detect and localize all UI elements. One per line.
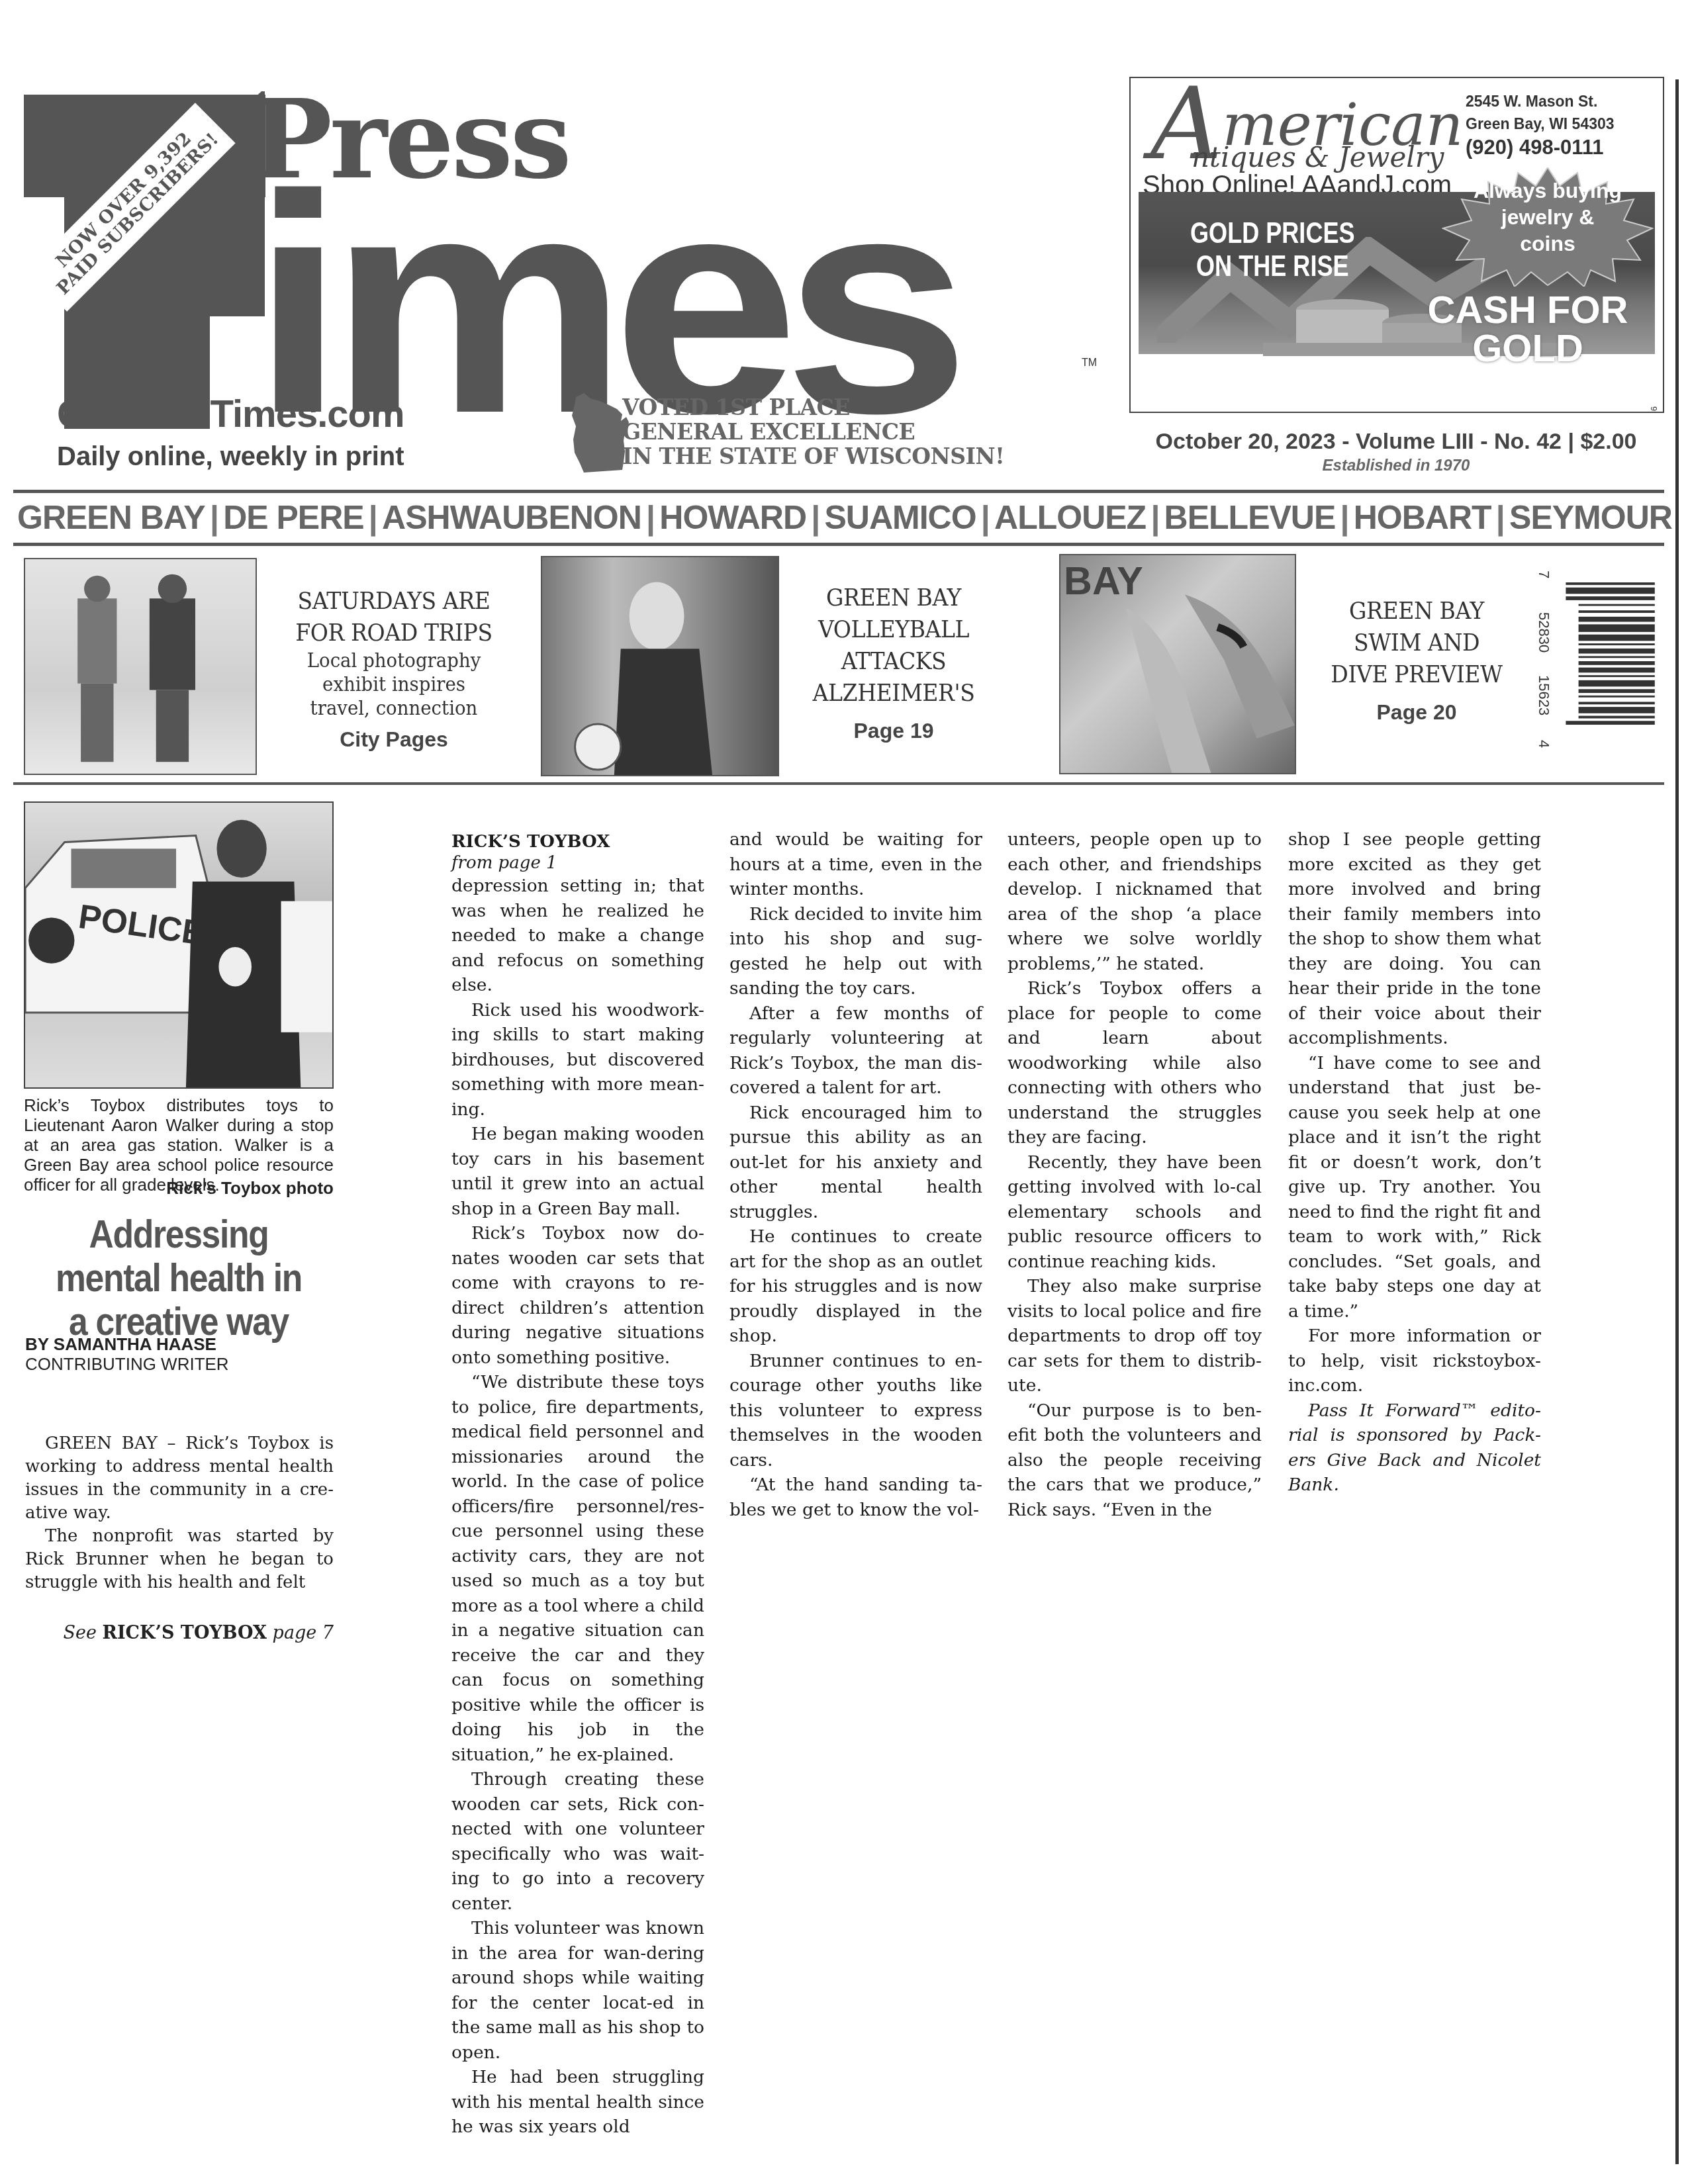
community-seymour[interactable]: SEYMOUR — [1509, 498, 1672, 537]
ad-address: 2545 W. Mason St. Green Bay, WI 54303 (9… — [1466, 90, 1644, 160]
article-photo-police-officer[interactable]: POLICE — [24, 801, 334, 1089]
paragraph: For more information or to help, visit r… — [1288, 1324, 1541, 1398]
paragraph: The nonprofit was started by Rick Brunne… — [25, 1525, 334, 1594]
article-headline: Addressing mental health in a creative w… — [46, 1212, 312, 1343]
teaser-headline-line: DIVE PREVIEW — [1319, 659, 1514, 691]
separator: | — [981, 498, 990, 537]
community-suamico[interactable]: SUAMICO — [825, 498, 976, 537]
teaser-headline-line: GREEN BAY — [802, 582, 985, 614]
website-link[interactable]: GoPressTimes.com — [57, 392, 404, 436]
teaser-headline-line: SATURDAYS ARE — [281, 586, 506, 617]
teaser-page-ref: City Pages — [271, 727, 516, 752]
paragraph: Recently, they have been getting involve… — [1008, 1150, 1262, 1275]
ad-code: 8146 — [1649, 406, 1659, 413]
headline-line: Addressing — [46, 1212, 312, 1256]
ad-cash-line2: GOLD — [1395, 330, 1660, 368]
separator: | — [1496, 498, 1505, 537]
separator: | — [369, 498, 377, 537]
community-nav: GREEN BAY| DE PERE| ASHWAUBENON| HOWARD|… — [17, 498, 1672, 537]
jump-slug: RICK’S TOYBOX — [102, 1623, 267, 1643]
teaser-swim-dive[interactable]: GREEN BAY SWIM AND DIVE PREVIEW Page 20 — [1311, 596, 1523, 725]
jump-line[interactable]: See RICK’S TOYBOX page 7 — [24, 1623, 334, 1643]
teaser-headline-line: ALZHEIMER'S — [802, 678, 985, 709]
separator: | — [1150, 498, 1159, 537]
paragraph: Rick’s Toybox offers a place for people … — [1008, 976, 1262, 1150]
award-line1: VOTED 1ST PLACE — [622, 395, 1004, 420]
byline: BY SAMANTHA HAASE CONTRIBUTING WRITER — [25, 1334, 229, 1374]
community-ashwaubenon[interactable]: ASHWAUBENON — [382, 498, 641, 537]
teaser-headline-line: ATTACKS — [802, 646, 985, 678]
ad-brand-subtitle: ntiques & Jewelry — [1192, 141, 1444, 173]
community-green-bay[interactable]: GREEN BAY — [17, 498, 205, 537]
ad-starburst-line2: jewelry & — [1465, 204, 1630, 230]
svg-text:BAY: BAY — [1064, 559, 1143, 603]
photographers-figures-icon — [25, 559, 256, 774]
separator: | — [210, 498, 218, 537]
teaser-headline: SATURDAYS ARE FOR ROAD TRIPS — [281, 586, 506, 649]
paragraph: This volunteer was known in the area for… — [451, 1916, 704, 2065]
byline-role: CONTRIBUTING WRITER — [25, 1354, 229, 1374]
sponsor-note: Pass It Forward™ edito-rial is sponsored… — [1288, 1398, 1541, 1498]
ad-cash-for-gold: CASH FOR GOLD — [1395, 291, 1660, 368]
barcode-digit: 4 — [1535, 740, 1552, 748]
ad-starburst-text: Always buying jewelry & coins — [1465, 177, 1630, 257]
photo-credit: Rick’s Toybox photo — [24, 1178, 334, 1199]
barcode-digit: 15623 — [1535, 675, 1552, 715]
teaser-volleyball[interactable]: GREEN BAY VOLLEYBALL ATTACKS ALZHEIMER'S… — [794, 582, 993, 743]
paragraph: shop I see people getting more excited a… — [1288, 827, 1541, 1051]
article-front-body: GREEN BAY – Rick’s Toybox is working to … — [25, 1432, 334, 1594]
ad-city: Green Bay, WI 54303 — [1466, 113, 1644, 135]
ad-headline-line2: ON THE RISE — [1190, 250, 1355, 283]
separator: | — [646, 498, 655, 537]
trademark-symbol: TM — [1082, 357, 1097, 369]
continuation-column-2: and would be waiting for hours at a time… — [729, 827, 982, 1522]
continuation-slug: RICK’S TOYBOX — [451, 831, 704, 852]
award-line3: IN THE STATE OF WISCONSIN! — [622, 444, 1004, 469]
paragraph: and would be waiting for hours at a time… — [729, 827, 982, 902]
separator: | — [1340, 498, 1349, 537]
teaser-photo-swim[interactable]: BAY — [1059, 554, 1296, 774]
ad-headline-line1: GOLD PRICES — [1190, 217, 1355, 250]
barcode-icon — [1551, 582, 1657, 741]
paragraph: depression setting in; that was when he … — [451, 874, 704, 998]
teaser-subhead: Local photography exhibit inspires trave… — [281, 649, 506, 721]
continuation-from: from page 1 — [451, 852, 704, 874]
paragraph: Rick used his woodwork-ing skills to sta… — [451, 998, 704, 1122]
community-de-pere[interactable]: DE PERE — [223, 498, 364, 537]
divider-rule-section — [13, 782, 1664, 785]
paragraph: “Our purpose is to ben-efit both the vol… — [1008, 1398, 1262, 1523]
paragraph: He had been struggling with his mental h… — [451, 2065, 704, 2140]
site-tagline: Daily online, weekly in print — [57, 442, 404, 472]
teaser-headline-line: GREEN BAY — [1319, 596, 1514, 627]
continuation-column-4: shop I see people getting more excited a… — [1288, 827, 1541, 1498]
separator: | — [811, 498, 820, 537]
divider-rule-bottom — [13, 543, 1664, 546]
community-bellevue[interactable]: BELLEVUE — [1164, 498, 1336, 537]
advertisement-american-antiques[interactable]: American ntiques & Jewelry Shop Online! … — [1129, 77, 1664, 413]
teaser-headline: GREEN BAY VOLLEYBALL ATTACKS ALZHEIMER'S — [802, 582, 985, 709]
teaser-headline-line: VOLLEYBALL — [802, 614, 985, 646]
teaser-page-ref: Page 20 — [1311, 700, 1523, 725]
paragraph: Brunner continues to en-courage other yo… — [729, 1349, 982, 1473]
barcode-digit: 7 — [1535, 570, 1552, 578]
paragraph: “We distribute these toys to police, fir… — [451, 1370, 704, 1767]
continuation-column-1: RICK’S TOYBOX from page 1 depression set… — [451, 831, 704, 2140]
award-line2: GENERAL EXCELLENCE — [622, 420, 1004, 444]
established-year: Established in 1970 — [1128, 457, 1664, 475]
headline-line: mental health in — [46, 1256, 312, 1300]
barcode-digit: 52830 — [1535, 612, 1552, 653]
police-car-officer-icon: POLICE — [25, 803, 332, 1087]
ad-gold-prices-headline: GOLD PRICES ON THE RISE — [1190, 217, 1355, 283]
teaser-subhead-line: travel, connection — [281, 697, 506, 721]
issue-date-volume-price: October 20, 2023 - Volume LIII - No. 42 … — [1128, 429, 1664, 455]
community-hobart[interactable]: HOBART — [1354, 498, 1491, 537]
teaser-road-trips[interactable]: SATURDAYS ARE FOR ROAD TRIPS Local photo… — [271, 586, 516, 752]
paragraph: After a few months of regularly voluntee… — [729, 1001, 982, 1101]
page-edge — [1675, 79, 1679, 2164]
jump-see: See — [63, 1623, 96, 1643]
jump-page: page 7 — [273, 1623, 334, 1643]
ad-starburst-line1: Always buying — [1465, 177, 1630, 204]
teaser-subhead-line: Local photography — [281, 649, 506, 673]
paragraph: Rick encouraged him to pursue this abili… — [729, 1101, 982, 1225]
paragraph: Rick decided to invite him into his shop… — [729, 902, 982, 1001]
paragraph: He continues to create art for the shop … — [729, 1224, 982, 1349]
paragraph: He began making wooden toy cars in his b… — [451, 1122, 704, 1221]
award-text: VOTED 1ST PLACE GENERAL EXCELLENCE IN TH… — [622, 395, 1004, 469]
paragraph: “At the hand sanding ta-bles we get to k… — [729, 1473, 982, 1522]
continuation-column-3: unteers, people open up to each other, a… — [1008, 827, 1262, 1522]
paragraph: unteers, people open up to each other, a… — [1008, 827, 1262, 976]
volleyball-player-icon — [542, 557, 778, 775]
teaser-headline: GREEN BAY SWIM AND DIVE PREVIEW — [1319, 596, 1514, 691]
teaser-page-ref: Page 19 — [794, 719, 993, 743]
paragraph: GREEN BAY – Rick’s Toybox is working to … — [25, 1432, 334, 1525]
teaser-photo-road-trips[interactable] — [24, 558, 257, 775]
byline-author: BY SAMANTHA HAASE — [25, 1334, 229, 1354]
paragraph: Through creating these wooden car sets, … — [451, 1767, 704, 1916]
swimmers-diving-icon: BAY — [1060, 555, 1295, 773]
teaser-photo-volleyball[interactable] — [541, 556, 779, 776]
ad-street: 2545 W. Mason St. — [1466, 90, 1644, 113]
teaser-subhead-line: exhibit inspires — [281, 673, 506, 697]
teaser-headline-line: FOR ROAD TRIPS — [281, 617, 506, 649]
paragraph: Rick’s Toybox now do-nates wooden car se… — [451, 1221, 704, 1370]
community-howard[interactable]: HOWARD — [659, 498, 806, 537]
ad-phone: (920) 498-0111 — [1466, 135, 1644, 160]
divider-rule-top — [13, 490, 1664, 493]
teaser-headline-line: SWIM AND — [1319, 627, 1514, 659]
paragraph: “I have come to see and understand that … — [1288, 1051, 1541, 1324]
community-allouez[interactable]: ALLOUEZ — [994, 498, 1146, 537]
paragraph: They also make surprise visits to local … — [1008, 1274, 1262, 1398]
ad-cash-line1: CASH FOR — [1395, 291, 1660, 330]
ad-starburst-line3: coins — [1465, 230, 1630, 257]
